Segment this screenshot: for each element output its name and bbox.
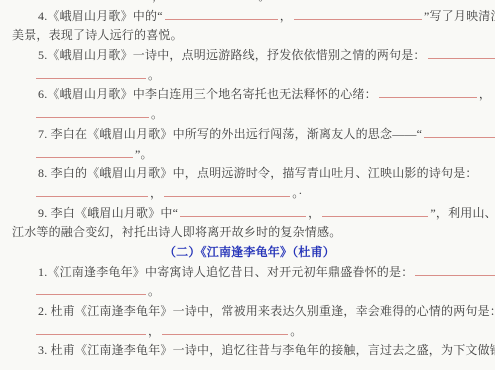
worksheet-page: ，。4.《峨眉山月歌》中的“，”写了月映清江的美景，表现了诗人远行的喜悦。5.《… bbox=[0, 0, 495, 370]
answer-blank bbox=[424, 134, 495, 138]
answer-blank bbox=[415, 272, 495, 276]
text-run: ， bbox=[308, 206, 320, 220]
s2-q1-line-1: 1.《江南逢李龟年》中寄寓诗人追忆昔日、对开元初年鼎盛眷怀的是：， bbox=[38, 263, 487, 283]
answer-blank bbox=[180, 213, 306, 217]
text-run: 美景，表现了诗人远行的喜悦。 bbox=[12, 28, 183, 42]
q5-line-2: 。 bbox=[34, 66, 487, 86]
s2-q1-line-2: 。 bbox=[34, 282, 487, 302]
text-run: 2. 杜甫《江南逢李龟年》一诗中，常被用来表达久别重逢，幸会难得的心情的两句是： bbox=[38, 304, 495, 318]
text-run: 1.《江南逢李龟年》中寄寓诗人追忆昔日、对开元初年鼎盛眷怀的是： bbox=[38, 265, 413, 279]
document-content: ，。4.《峨眉山月歌》中的“，”写了月映清江的美景，表现了诗人远行的喜悦。5.《… bbox=[0, 0, 495, 361]
q6-line-2: 。 bbox=[34, 105, 487, 125]
text-run: 。 bbox=[151, 107, 163, 121]
q8-line-2: ，。· bbox=[34, 184, 487, 204]
text-run: 7. 李白在《峨眉山月歌》中所写的外出远行闯荡，渐离友人的思念——“ bbox=[38, 127, 422, 141]
section-2-header: （二）《江南逢李龟年》（杜甫） bbox=[12, 243, 487, 263]
text-run: ， bbox=[148, 324, 160, 338]
q9-line-1: 9. 李白《峨眉山月歌》中“，”，利用山、月、 bbox=[38, 204, 487, 224]
q6-line-1: 6.《峨眉山月歌》中李白连用三个地名寄托也无法释怀的心绪：， bbox=[38, 85, 487, 105]
answer-blank bbox=[165, 16, 278, 20]
text-run: ”。 bbox=[135, 147, 153, 161]
answer-blank bbox=[36, 331, 146, 335]
text-run: 江水等的融合变幻，衬托出诗人即将离开故乡时的复杂情感。 bbox=[12, 225, 341, 239]
text-run: ， bbox=[280, 9, 292, 23]
text-run: ”写了月映清江的 bbox=[424, 9, 495, 23]
text-run: 8. 李白的《峨眉山月歌》中，点明远游时令，描写青山吐月、江映山影的诗句是： bbox=[38, 166, 478, 180]
text-run: 9. 李白《峨眉山月歌》中“ bbox=[38, 206, 178, 220]
answer-blank bbox=[428, 55, 495, 59]
text-run: ， bbox=[479, 87, 491, 101]
answer-blank bbox=[379, 94, 477, 98]
q5-line-1: 5.《峨眉山月歌》一诗中，点明远游路线，抒发依依惜别之情的两句是：， bbox=[38, 46, 487, 66]
text-run: 。 bbox=[148, 68, 160, 82]
text-run: ”，利用山、月、 bbox=[430, 206, 495, 220]
answer-blank bbox=[322, 213, 428, 217]
text-run: 4.《峨眉山月歌》中的“ bbox=[38, 9, 163, 23]
q7-line-2: ”。 bbox=[34, 145, 487, 165]
answer-blank bbox=[36, 154, 133, 158]
q4-line-1: 4.《峨眉山月歌》中的“，”写了月映清江的 bbox=[38, 7, 487, 27]
text-run: ， bbox=[150, 186, 162, 200]
answer-blank bbox=[36, 114, 149, 118]
q7-line-1: 7. 李白在《峨眉山月歌》中所写的外出远行闯荡，渐离友人的思念——“， bbox=[38, 125, 487, 145]
text-run: 3. 杜甫《江南逢李龟年》一诗中，追忆往昔与李龟年的接触，言过去之盛，为下文做铺… bbox=[38, 343, 495, 357]
q8-line-1: 8. 李白的《峨眉山月歌》中，点明远游时令，描写青山吐月、江映山影的诗句是： bbox=[38, 164, 487, 184]
text-run: 。 bbox=[258, 0, 270, 3]
text-run: 6.《峨眉山月歌》中李白连用三个地名寄托也无法释怀的心绪： bbox=[38, 87, 377, 101]
s2-q2-line-2: ，。 bbox=[34, 322, 487, 342]
answer-blank bbox=[162, 331, 288, 335]
answer-blank bbox=[36, 291, 146, 295]
text-run: ， bbox=[152, 0, 164, 3]
answer-blank bbox=[36, 193, 148, 197]
text-run: 。 bbox=[148, 284, 160, 298]
answer-blank bbox=[164, 193, 290, 197]
text-run: 。 bbox=[290, 324, 302, 338]
text-run: 5.《峨眉山月歌》一诗中，点明远游路线，抒发依依惜别之情的两句是： bbox=[38, 48, 426, 62]
answer-blank bbox=[294, 16, 422, 20]
s2-q2-line-1: 2. 杜甫《江南逢李龟年》一诗中，常被用来表达久别重逢，幸会难得的心情的两句是： bbox=[38, 302, 487, 322]
answer-blank bbox=[36, 75, 146, 79]
q9-line-2: 江水等的融合变幻，衬托出诗人即将离开故乡时的复杂情感。 bbox=[12, 223, 487, 243]
section-header-text: （二）《江南逢李龟年》（杜甫） bbox=[164, 245, 335, 259]
q4-line-2: 美景，表现了诗人远行的喜悦。 bbox=[12, 26, 487, 46]
s2-q3-line-1: 3. 杜甫《江南逢李龟年》一诗中，追忆往昔与李龟年的接触，言过去之盛，为下文做铺… bbox=[38, 341, 487, 361]
text-run: 。· bbox=[292, 186, 302, 200]
q3-blanks-partial-line: ，。 bbox=[34, 0, 487, 7]
